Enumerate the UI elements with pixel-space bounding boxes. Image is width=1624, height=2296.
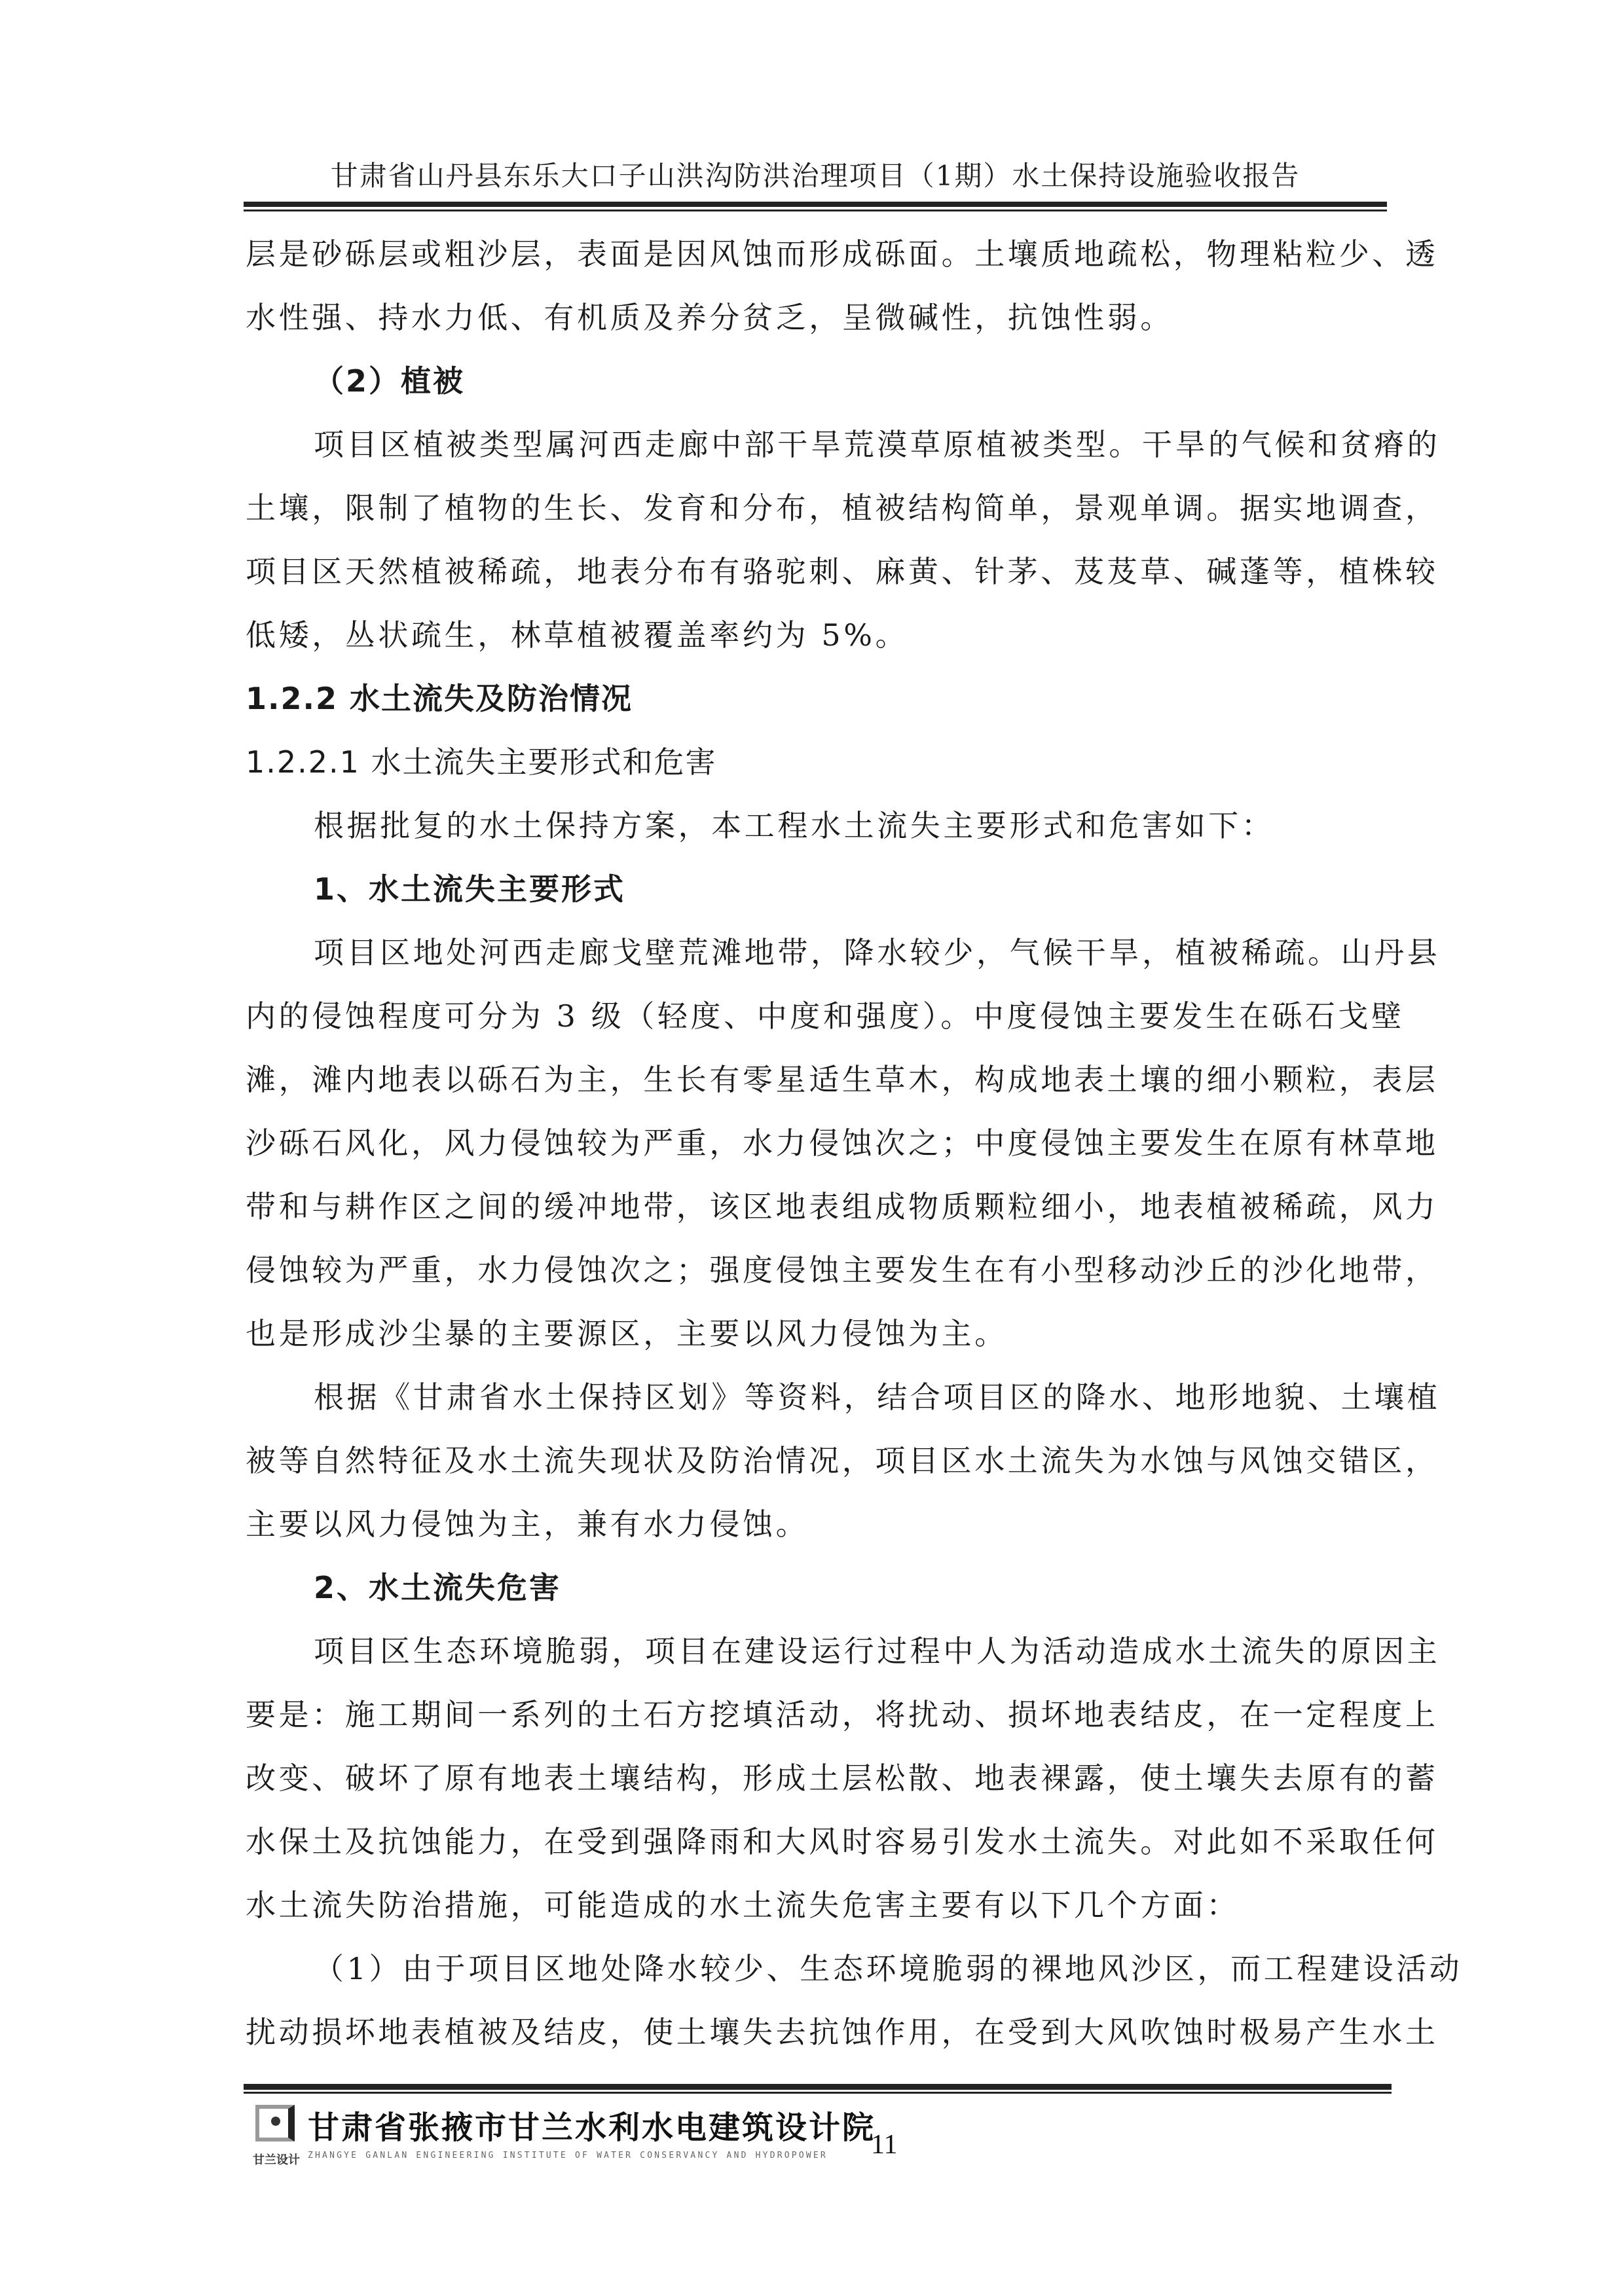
institute-name-en: ZHANGYE GANLAN ENGINEERING INSTITUTE OF … <box>308 2151 828 2160</box>
institute-logo-icon <box>255 2105 295 2141</box>
text-line: （1）由于项目区地处降水较少、生态环境脆弱的裸地风沙区，而工程建设活动 <box>246 1937 1388 2001</box>
institute-name: 甘肃省张掖市甘兰水利水电建筑设计院 <box>308 2102 876 2147</box>
report-title: 甘肃省山丹县东乐大口子山洪沟防洪治理项目（1期）水土保持设施验收报告 <box>244 155 1387 194</box>
text-line: 滩，滩内地表以砾石为主，生长有零星适生草木，构成地表土壤的细小颗粒，表层 <box>246 1048 1388 1112</box>
text-line: 也是形成沙尘暴的主要源区，主要以风力侵蚀为主。 <box>246 1302 1388 1366</box>
text-line: 侵蚀较为严重，水力侵蚀次之；强度侵蚀主要发生在有小型移动沙丘的沙化地带， <box>246 1239 1388 1302</box>
footer-rule-thin <box>244 2092 1392 2094</box>
document-body: 层是砂砾层或粗沙层，表面是因风蚀而形成砾面。土壤质地疏松，物理粘粒少、透水性强、… <box>246 223 1388 2064</box>
text-line: 被等自然特征及水土流失现状及防治情况，项目区水土流失为水蚀与风蚀交错区， <box>246 1429 1388 1493</box>
heading-line: 1.2.2 水土流失及防治情况 <box>246 667 1388 731</box>
text-line: 根据《甘肃省水土保持区划》等资料，结合项目区的降水、地形地貌、土壤植 <box>246 1366 1388 1429</box>
text-line: 要是：施工期间一系列的土石方挖填活动，将扰动、损坏地表结皮，在一定程度上 <box>246 1683 1388 1747</box>
text-line: 扰动损坏地表植被及结皮，使土壤失去抗蚀作用，在受到大风吹蚀时极易产生水土 <box>246 2001 1388 2064</box>
page-number: 11 <box>871 2129 897 2160</box>
text-line: 水保土及抗蚀能力，在受到强降雨和大风时容易引发水土流失。对此如不采取任何 <box>246 1810 1388 1874</box>
text-line: 带和与耕作区之间的缓冲地带，该区地表组成物质颗粒细小，地表植被稀疏，风力 <box>246 1175 1388 1239</box>
text-line: 项目区地处河西走廊戈壁荒滩地带，降水较少，气候干旱，植被稀疏。山丹县 <box>246 921 1388 985</box>
text-line: 层是砂砾层或粗沙层，表面是因风蚀而形成砾面。土壤质地疏松，物理粘粒少、透 <box>246 223 1388 286</box>
heading-line: 2、水土流失危害 <box>246 1556 1388 1620</box>
text-line: 水土流失防治措施，可能造成的水土流失危害主要有以下几个方面： <box>246 1874 1388 1937</box>
heading-line: （2）植被 <box>246 350 1388 413</box>
text-line: 改变、破坏了原有地表土壤结构，形成土层松散、地表裸露，使土壤失去原有的蓄 <box>246 1747 1388 1810</box>
text-line: 主要以风力侵蚀为主，兼有水力侵蚀。 <box>246 1493 1388 1556</box>
logo-caption: 甘兰设计 <box>253 2151 300 2168</box>
text-line: 内的侵蚀程度可分为 3 级（轻度、中度和强度）。中度侵蚀主要发生在砾石戈壁 <box>246 985 1388 1048</box>
text-line: 沙砾石风化，风力侵蚀较为严重，水力侵蚀次之；中度侵蚀主要发生在原有林草地 <box>246 1112 1388 1175</box>
text-line: 根据批复的水土保持方案，本工程水土流失主要形式和危害如下： <box>246 794 1388 858</box>
text-line: 项目区植被类型属河西走廊中部干旱荒漠草原植被类型。干旱的气候和贫瘠的 <box>246 413 1388 477</box>
text-line: 水性强、持水力低、有机质及养分贫乏，呈微碱性，抗蚀性弱。 <box>246 286 1388 350</box>
heading-line: 1.2.2.1 水土流失主要形式和危害 <box>246 731 1388 794</box>
heading-line: 1、水土流失主要形式 <box>246 858 1388 921</box>
header-rule-thin <box>244 210 1387 211</box>
text-line: 项目区天然植被稀疏，地表分布有骆驼刺、麻黄、针茅、芨芨草、碱蓬等，植株较 <box>246 540 1388 604</box>
footer-rule-thick <box>244 2084 1392 2090</box>
text-line: 项目区生态环境脆弱，项目在建设运行过程中人为活动造成水土流失的原因主 <box>246 1620 1388 1683</box>
text-line: 土壤，限制了植物的生长、发育和分布，植被结构简单，景观单调。据实地调查， <box>246 477 1388 540</box>
text-line: 低矮，丛状疏生，林草植被覆盖率约为 5%。 <box>246 604 1388 667</box>
header-rule-thick <box>244 202 1387 207</box>
